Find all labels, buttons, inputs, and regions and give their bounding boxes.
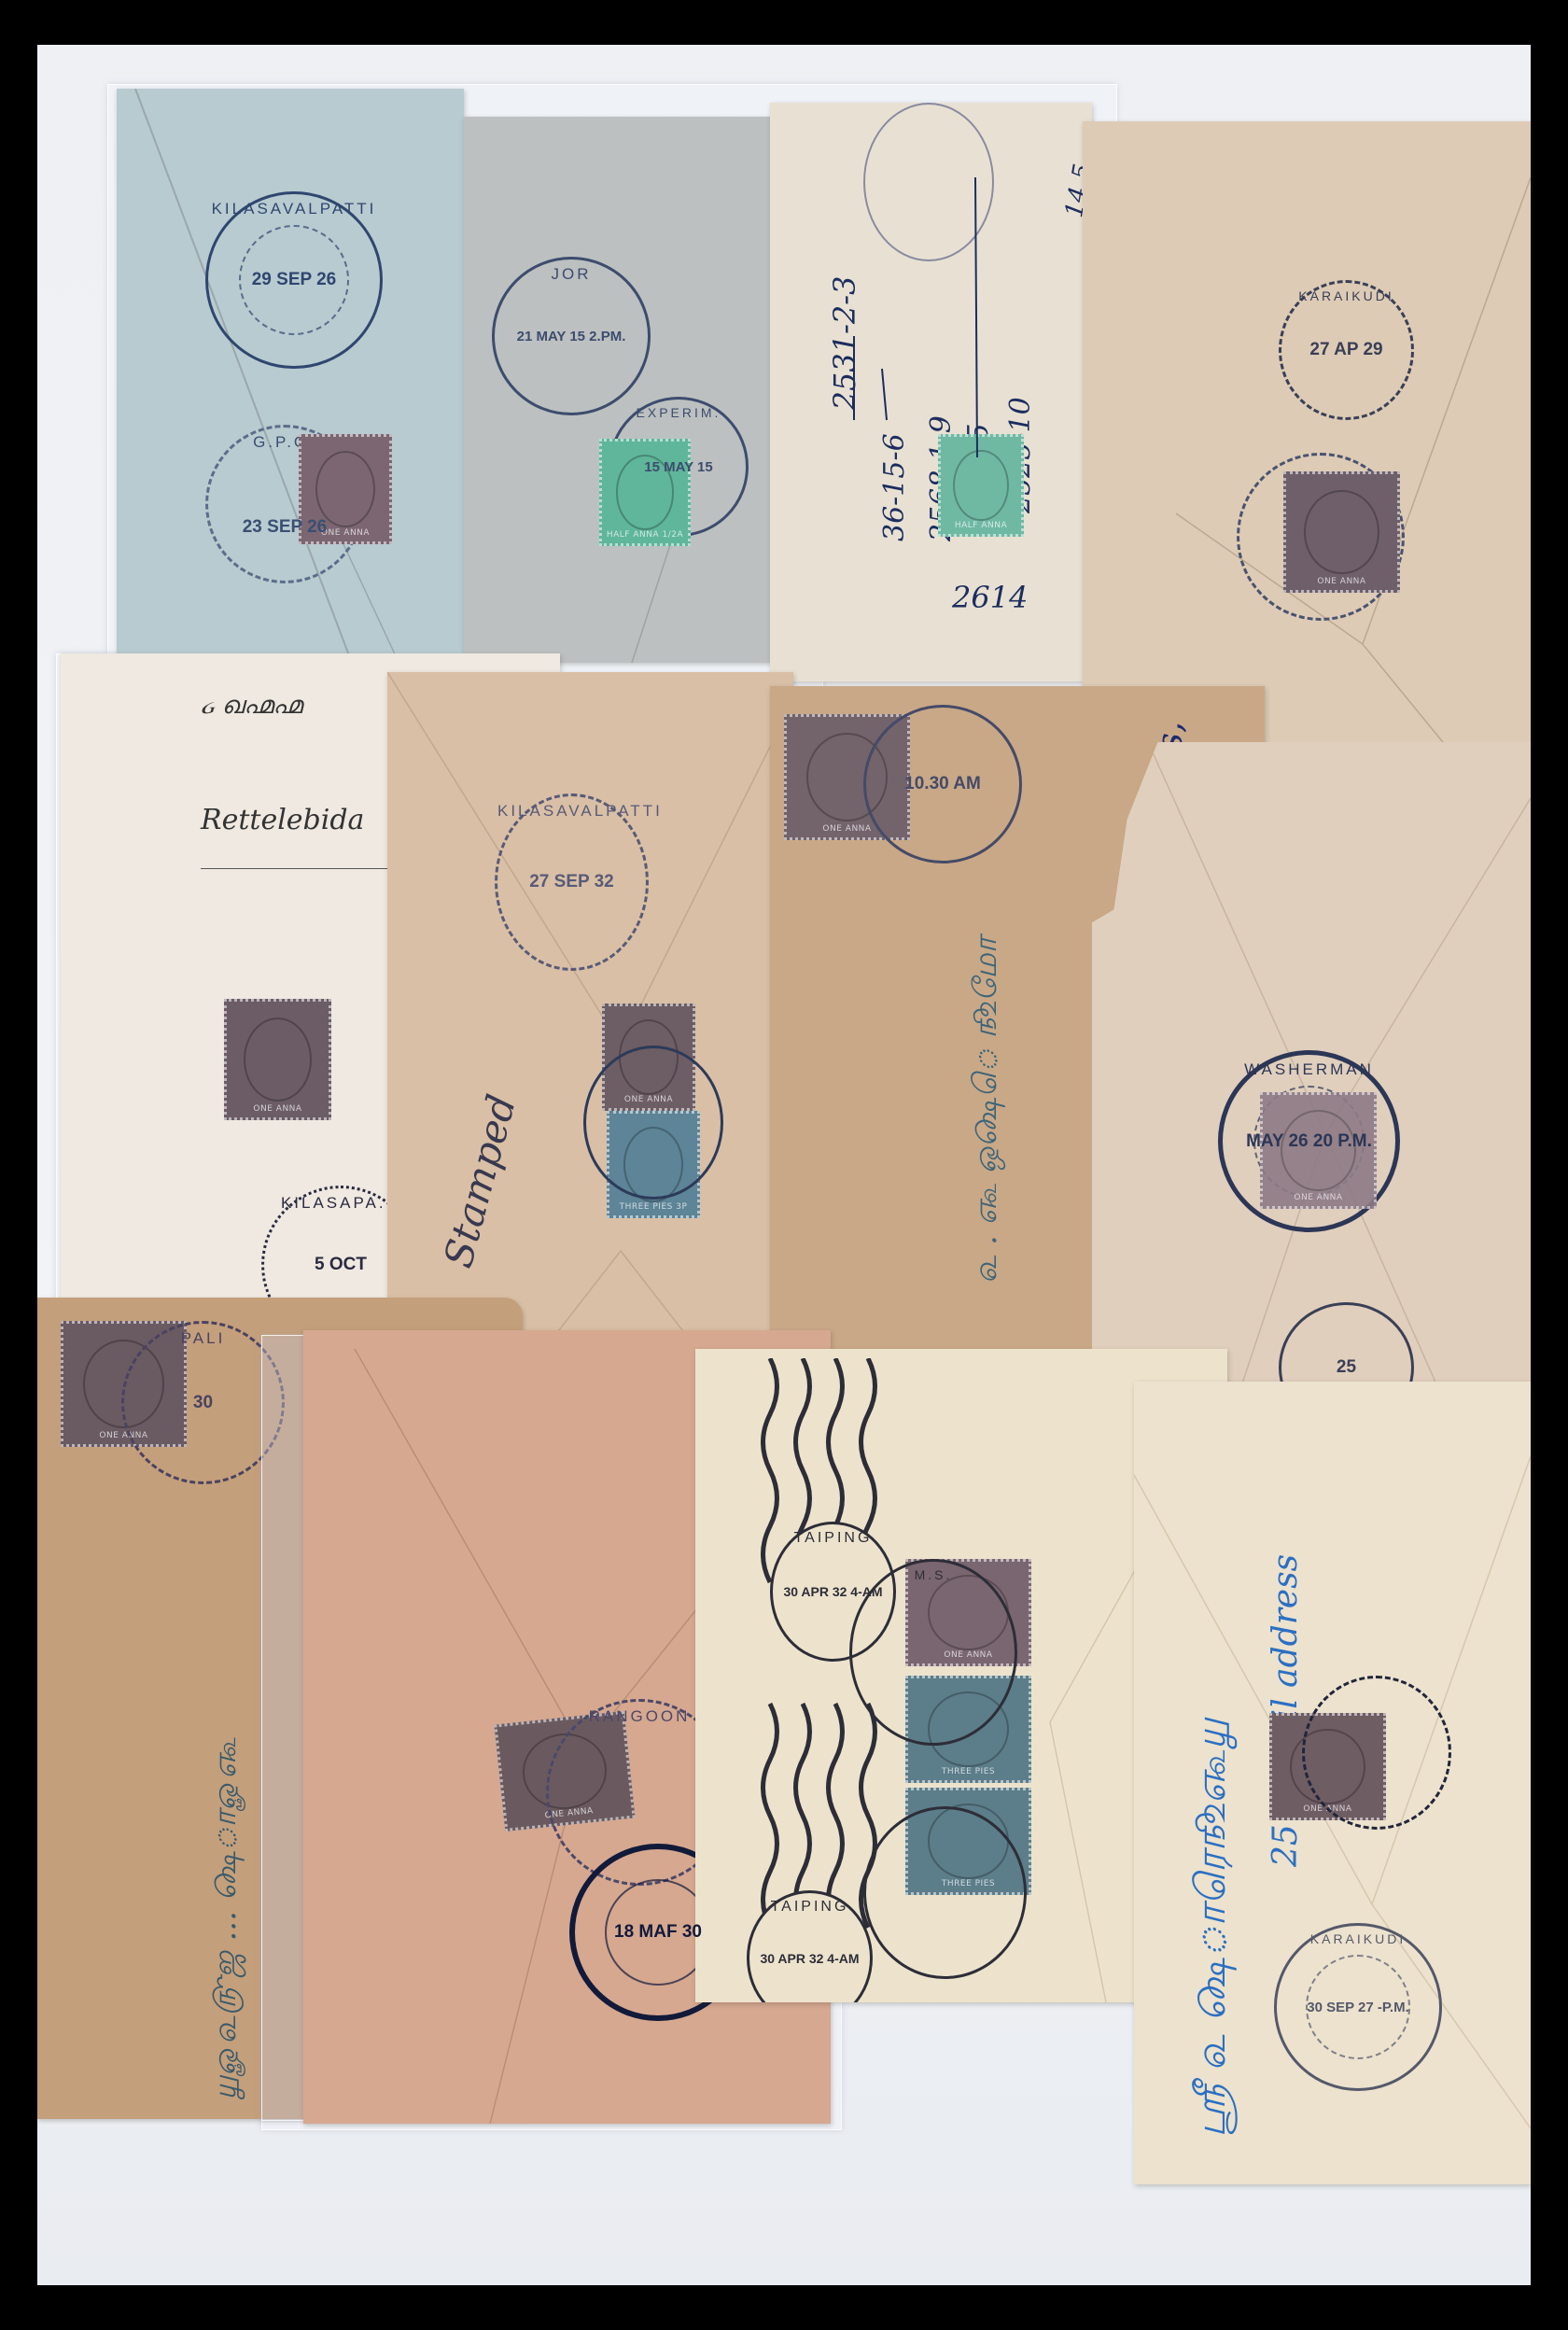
postmark-kilasavalpatti: KILASAVALPATTI 29 SEP 26 bbox=[205, 191, 383, 369]
handwritten-stamped: Stamped bbox=[434, 1089, 527, 1272]
grey-cover: JOR 21 MAY 15 2.PM. EXPERIM. 15 MAY 15 H… bbox=[464, 117, 772, 663]
postmark-faint bbox=[863, 103, 994, 261]
stamp-one-anna-3: ONE ANNA bbox=[224, 999, 331, 1120]
tan-stamped-cover: KILASAVALPATTI 27 SEP 32 Stamped ONE ANN… bbox=[387, 672, 793, 1335]
postmark-pali: PALI 30 bbox=[121, 1321, 285, 1484]
handwritten-name: Rettelebida bbox=[201, 803, 364, 838]
stamp-half-anna-2: HALF ANNA bbox=[938, 434, 1024, 537]
postmark-bottom: 25 bbox=[1279, 1302, 1414, 1386]
handwritten-tamil-address: ௳ . ௷ ஒ௸ெ ௺மாே bbox=[966, 937, 1006, 1284]
beige-karaikudi-cover: KARAIKUDI 27 AP 29 ONE ANNA bbox=[1083, 121, 1531, 747]
postmark-karaikudi-4 bbox=[1302, 1676, 1451, 1830]
handwritten-tamil-address-2: ௶ௐ௳௹ஜ ... ௸ாௐ௷ bbox=[205, 1737, 245, 2100]
handwritten-sums-2: 36-15-6 bbox=[877, 433, 913, 541]
postmark-kilasavalpatti-2: KILASAVALPATTI 27 SEP 32 bbox=[495, 793, 649, 971]
postmark-karaikudi: KARAIKUDI 27 AP 29 bbox=[1279, 280, 1414, 420]
cream-karaikudi-cover: ஸ்ரீ ௳ ௸ாரெ௺௷௶ 25 - Tamil address ONE AN… bbox=[1134, 1382, 1531, 2184]
handwritten-2614: 2614 bbox=[952, 579, 1028, 616]
blue-cover: KILASAVALPATTI 29 SEP 26 G.P.O. 23 SEP 2… bbox=[117, 89, 464, 658]
postmark-taiping-2: TAIPING 30 APR 32 4-AM bbox=[747, 1890, 873, 2002]
handwritten-tamil-1: ᏽ ഖ൶൶ bbox=[201, 691, 302, 722]
postmark-karaikudi-pm: KARAIKUDI 30 SEP 27 -P.M. bbox=[1274, 1923, 1442, 2091]
washerman-cover: WASHERMAN MAY 26 20 P.M. ONE ANNA 25 bbox=[1092, 742, 1531, 1386]
handwritten-tamil-blue: ஸ்ரீ ௳ ௸ாரெ௺௷௶ bbox=[1185, 1719, 1237, 2138]
stamp-one-anna-2: ONE ANNA bbox=[1283, 471, 1400, 593]
handwritten-sums: 2531-2-3 bbox=[789, 276, 901, 448]
postmark-1030am: 10.30 AM bbox=[863, 705, 1022, 863]
postmark-karaikudi-3 bbox=[863, 1806, 1027, 1979]
postmark-duplex bbox=[583, 1046, 723, 1200]
postmark-jor: JOR 21 MAY 15 2.PM. bbox=[492, 257, 651, 415]
stamp-half-anna: HALF ANNA 1/2A bbox=[599, 439, 691, 546]
cream-accounts-cover: 2531-2-3 36-15-6 2568-1-9 37-7-5 2525-10… bbox=[770, 103, 1092, 681]
